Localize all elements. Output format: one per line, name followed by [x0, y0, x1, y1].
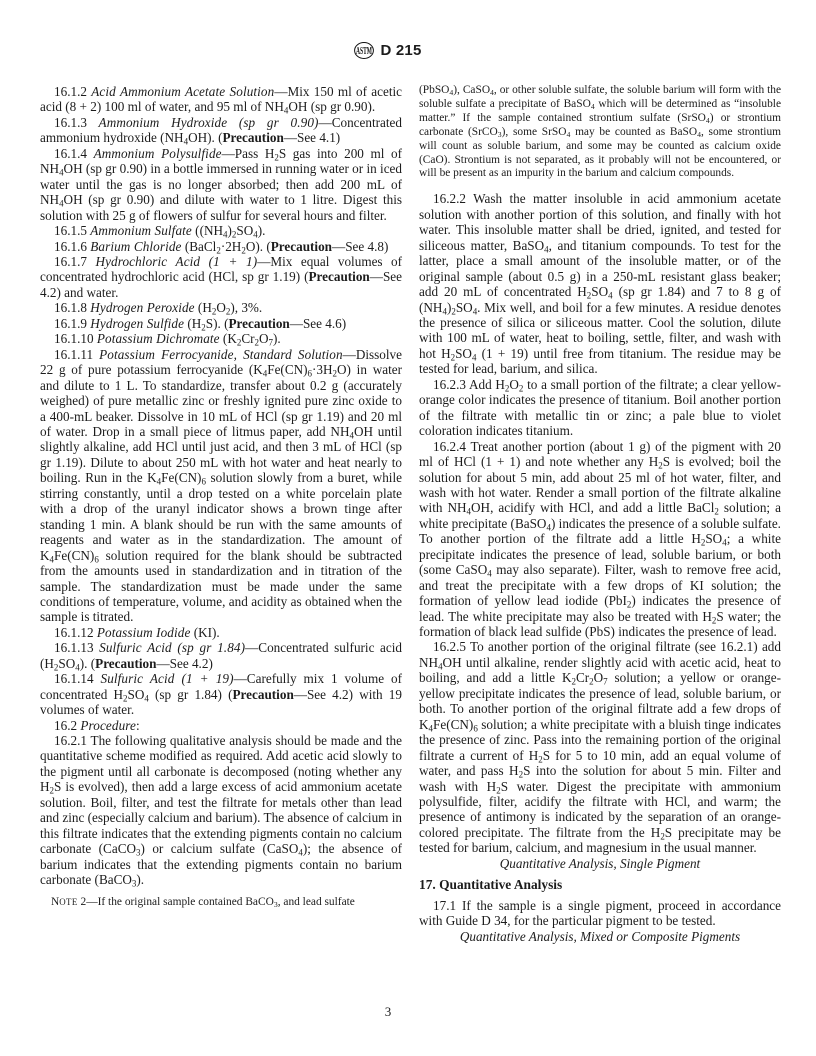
paragraph: 16.2.3 Add H2O2 to a small portion of th…: [419, 377, 781, 439]
text-columns: 16.1.2 Acid Ammonium Acetate Solution—Mi…: [40, 84, 781, 944]
paragraph: 16.1.11 Potassium Ferrocyanide, Standard…: [40, 347, 402, 625]
paragraph: (PbSO4), CaSO4, or other soluble sulfate…: [419, 84, 781, 181]
paragraph: 16.1.5 Ammonium Sulfate ((NH4)2SO4).: [40, 223, 402, 238]
paragraph: 16.1.7 Hydrochloric Acid (1 + 1)—Mix equ…: [40, 254, 402, 300]
paragraph: 16.1.3 Ammonium Hydroxide (sp gr 0.90)—C…: [40, 115, 402, 146]
paragraph: 16.2.1 The following qualitative analysi…: [40, 733, 402, 888]
paragraph: 16.1.9 Hydrogen Sulfide (H2S). (Precauti…: [40, 316, 402, 331]
document-header: ASTM D 215: [0, 42, 776, 59]
page-number: 3: [0, 1004, 776, 1020]
doc-number: D 215: [380, 42, 421, 59]
svg-text:ASTM: ASTM: [356, 45, 372, 57]
paragraph: 16.2.5 To another portion of the origina…: [419, 639, 781, 855]
paragraph: 17.1 If the sample is a single pigment, …: [419, 898, 781, 929]
paragraph: Quantitative Analysis, Mixed or Composit…: [419, 929, 781, 944]
paragraph: 16.1.13 Sulfuric Acid (sp gr 1.84)—Conce…: [40, 640, 402, 671]
paragraph: 16.1.6 Barium Chloride (BaCl2·2H2O). (Pr…: [40, 239, 402, 254]
document-page: ASTM D 215 16.1.2 Acid Ammonium Acetate …: [0, 0, 816, 1056]
right-column: (PbSO4), CaSO4, or other soluble sulfate…: [419, 84, 781, 944]
paragraph: 16.1.4 Ammonium Polysulfide—Pass H2S gas…: [40, 146, 402, 223]
paragraph: 16.1.10 Potassium Dichromate (K2Cr2O7).: [40, 331, 402, 346]
astm-logo-icon: ASTM: [354, 42, 374, 59]
paragraph: 16.1.2 Acid Ammonium Acetate Solution—Mi…: [40, 84, 402, 115]
paragraph: 16.1.12 Potassium Iodide (KI).: [40, 625, 402, 640]
paragraph: 16.1.14 Sulfuric Acid (1 + 19)—Carefully…: [40, 671, 402, 717]
paragraph: 16.2.2 Wash the matter insoluble in acid…: [419, 191, 781, 376]
paragraph: NOTE 2—If the original sample contained …: [40, 896, 402, 910]
paragraph: 16.2 Procedure:: [40, 718, 402, 733]
paragraph: 16.1.8 Hydrogen Peroxide (H2O2), 3%.: [40, 300, 402, 315]
paragraph: 17. Quantitative Analysis: [419, 877, 781, 892]
paragraph: 16.2.4 Treat another portion (about 1 g)…: [419, 439, 781, 640]
paragraph: Quantitative Analysis, Single Pigment: [419, 856, 781, 871]
left-column: 16.1.2 Acid Ammonium Acetate Solution—Mi…: [40, 84, 402, 944]
